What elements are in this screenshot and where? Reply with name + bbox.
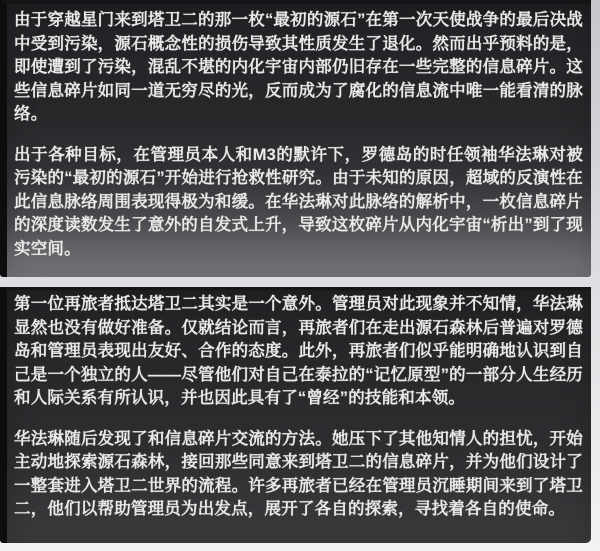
lore-paragraph-1: 由于穿越星门来到塔卫二的那一枚“最初的源石”在第一次天使战争的最后决战中受到污染… <box>14 9 583 127</box>
lore-text-page: 由于穿越星门来到塔卫二的那一枚“最初的源石”在第一次天使战争的最后决战中受到污染… <box>0 0 600 551</box>
lore-paragraph-4: 华法琳随后发现了和信息碎片交流的方法。她压下了其他知情人的担忧，开始主动地探索源… <box>14 428 583 522</box>
lore-paragraph-2: 出于各种目标，在管理员本人和M3的默许下，罗德岛的时任领袖华法琳对被污染的“最初… <box>14 144 583 262</box>
lore-paragraph-3: 第一位再旅者抵达塔卫二其实是一个意外。管理员对此现象并不知情，华法琳显然也没有做… <box>14 293 583 411</box>
lore-card-top: 由于穿越星门来到塔卫二的那一枚“最初的源石”在第一次天使战争的最后决战中受到污染… <box>0 0 591 277</box>
lore-card-bottom: 第一位再旅者抵达塔卫二其实是一个意外。管理员对此现象并不知情，华法琳显然也没有做… <box>0 287 591 543</box>
